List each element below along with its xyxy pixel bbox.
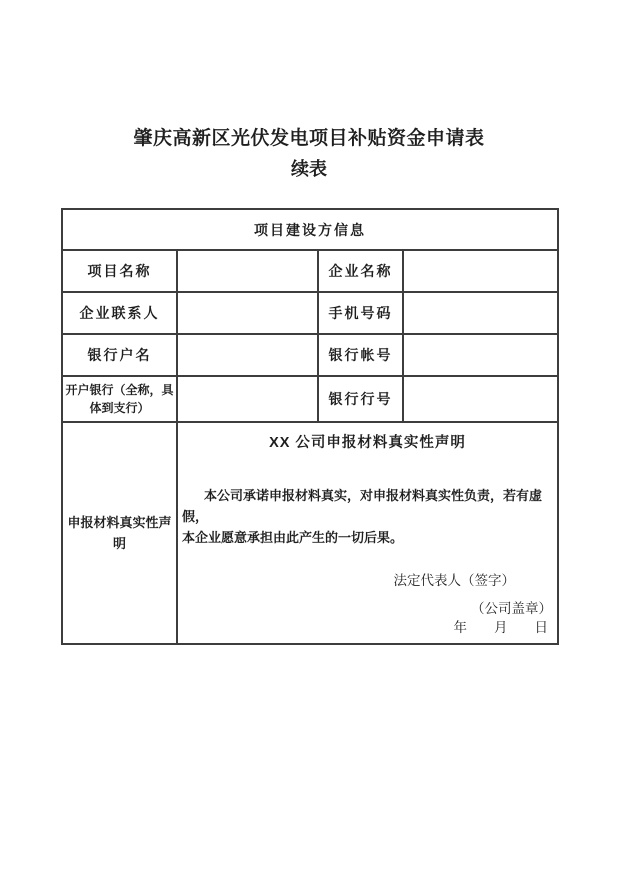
label-cell-company-name: 企业名称	[318, 250, 403, 292]
label-cell-project-name: 项目名称	[62, 250, 177, 292]
label-cell-bank-branch-number: 银行行号	[318, 376, 403, 422]
value-cell-bank-account-name	[177, 334, 318, 376]
label-cell-contact-person: 企业联系人	[62, 292, 177, 334]
declaration-body-line-2: 本企业愿意承担由此产生的一切后果。	[182, 527, 553, 548]
table-row: 开户银行（全称，具体到支行） 银行行号	[62, 376, 558, 422]
label-cell-opening-bank: 开户银行（全称，具体到支行）	[62, 376, 177, 422]
document-title-block: 肇庆高新区光伏发电项目补贴资金申请表 续表	[0, 124, 618, 184]
value-cell-company-name	[403, 250, 558, 292]
page-title: 肇庆高新区光伏发电项目补贴资金申请表	[0, 124, 618, 154]
declaration-heading: XX 公司申报材料真实性声明	[178, 433, 557, 453]
date-line: 年 月 日	[178, 619, 557, 639]
declaration-body: 本公司承诺申报材料真实，对申报材料真实性负责，若有虚假， 本企业愿意承担由此产生…	[178, 485, 557, 548]
label-cell-mobile-number: 手机号码	[318, 292, 403, 334]
value-cell-bank-account-number	[403, 334, 558, 376]
declaration-body-line-1: 本公司承诺申报材料真实，对申报材料真实性负责，若有虚假，	[182, 485, 553, 527]
declaration-cell: XX 公司申报材料真实性声明 本公司承诺申报材料真实，对申报材料真实性负责，若有…	[177, 422, 558, 644]
value-cell-contact-person	[177, 292, 318, 334]
value-cell-project-name	[177, 250, 318, 292]
table-row: 项目名称 企业名称	[62, 250, 558, 292]
table-row: 银行户名 银行帐号	[62, 334, 558, 376]
application-form-table: 项目建设方信息 项目名称 企业名称 企业联系人 手机号码 银行户名 银行帐号 开…	[61, 208, 559, 645]
value-cell-mobile-number	[403, 292, 558, 334]
label-cell-declaration: 申报材料真实性声明	[62, 422, 177, 644]
value-cell-opening-bank	[177, 376, 318, 422]
table-row: 企业联系人 手机号码	[62, 292, 558, 334]
table-row: 申报材料真实性声明 XX 公司申报材料真实性声明 本公司承诺申报材料真实，对申报…	[62, 422, 558, 644]
signature-block: 法定代表人（签字） （公司盖章） 年 月 日	[178, 571, 557, 639]
page-subtitle: 续表	[0, 154, 618, 184]
company-seal-line: （公司盖章）	[178, 599, 557, 619]
label-cell-bank-account-name: 银行户名	[62, 334, 177, 376]
legal-representative-signature-line: 法定代表人（签字）	[178, 571, 557, 591]
section-header-project-builder-info: 项目建设方信息	[62, 209, 558, 250]
value-cell-bank-branch-number	[403, 376, 558, 422]
label-cell-bank-account-number: 银行帐号	[318, 334, 403, 376]
table-row: 项目建设方信息	[62, 209, 558, 250]
declaration-content: XX 公司申报材料真实性声明 本公司承诺申报材料真实，对申报材料真实性负责，若有…	[178, 423, 557, 639]
